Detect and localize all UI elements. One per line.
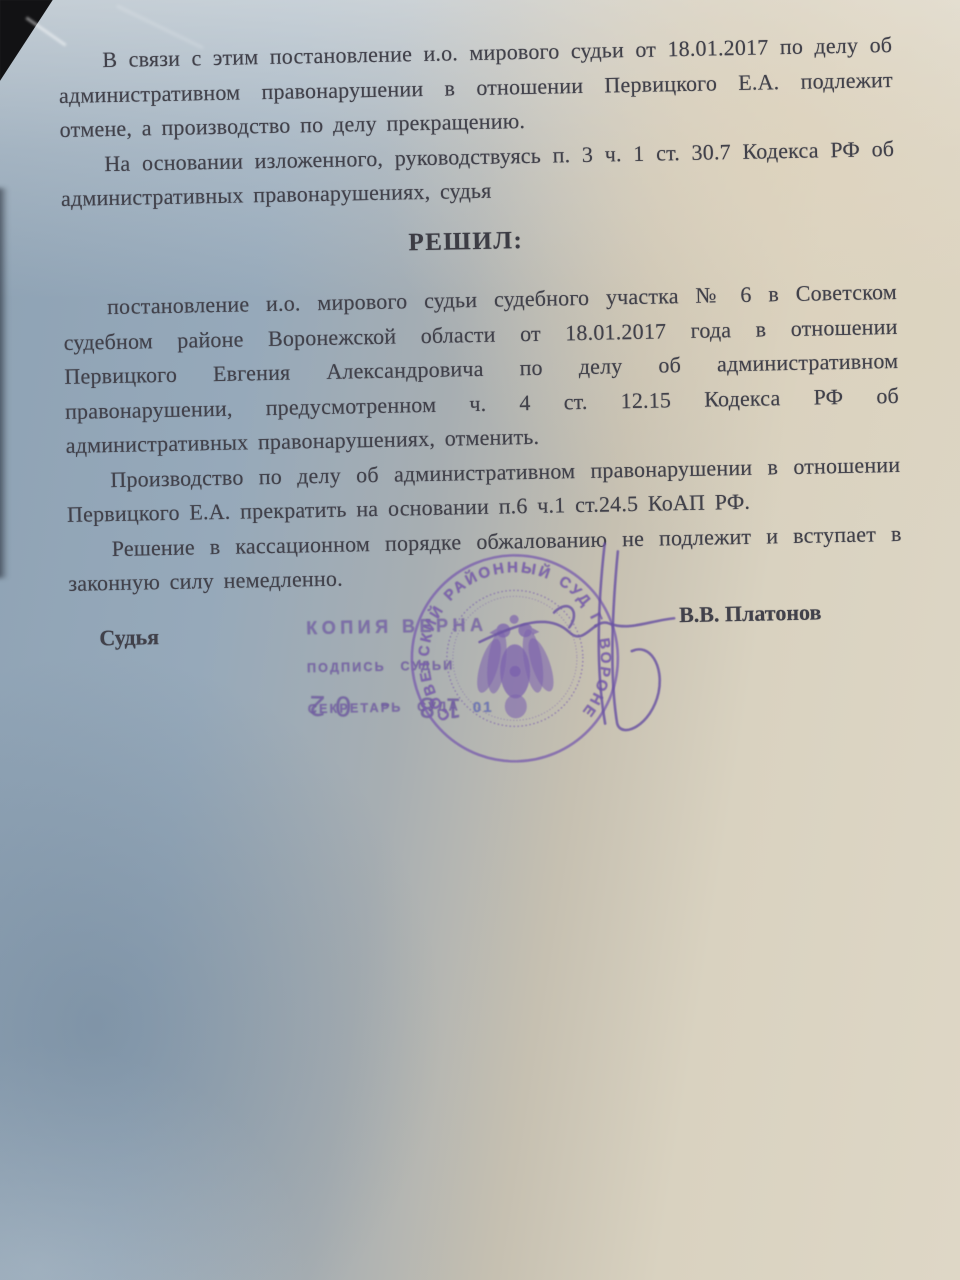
signature-row: Судья В.В. Платонов КОПИЯ ВЕРНА ПОДПИСЬ … (69, 603, 908, 869)
judge-signature (457, 522, 762, 788)
paragraph: В связи с этим постановление и.о. мирово… (58, 28, 894, 147)
decision-heading: РЕШИЛ: (49, 217, 884, 268)
paper-edge-shadow (0, 188, 8, 578)
document-paper: В связи с этим постановление и.о. мирово… (0, 0, 960, 1280)
signature-stroke (610, 550, 660, 730)
document-text: В связи с этим постановление и.о. мирово… (58, 28, 908, 869)
signature-stroke (597, 543, 608, 723)
photo-backdrop: В связи с этим постановление и.о. мирово… (0, 0, 960, 1280)
judge-role-label: Судья (99, 620, 159, 656)
signature-stroke (479, 618, 674, 642)
paragraph: постановление и.о. мирового судьи судебн… (63, 275, 900, 463)
